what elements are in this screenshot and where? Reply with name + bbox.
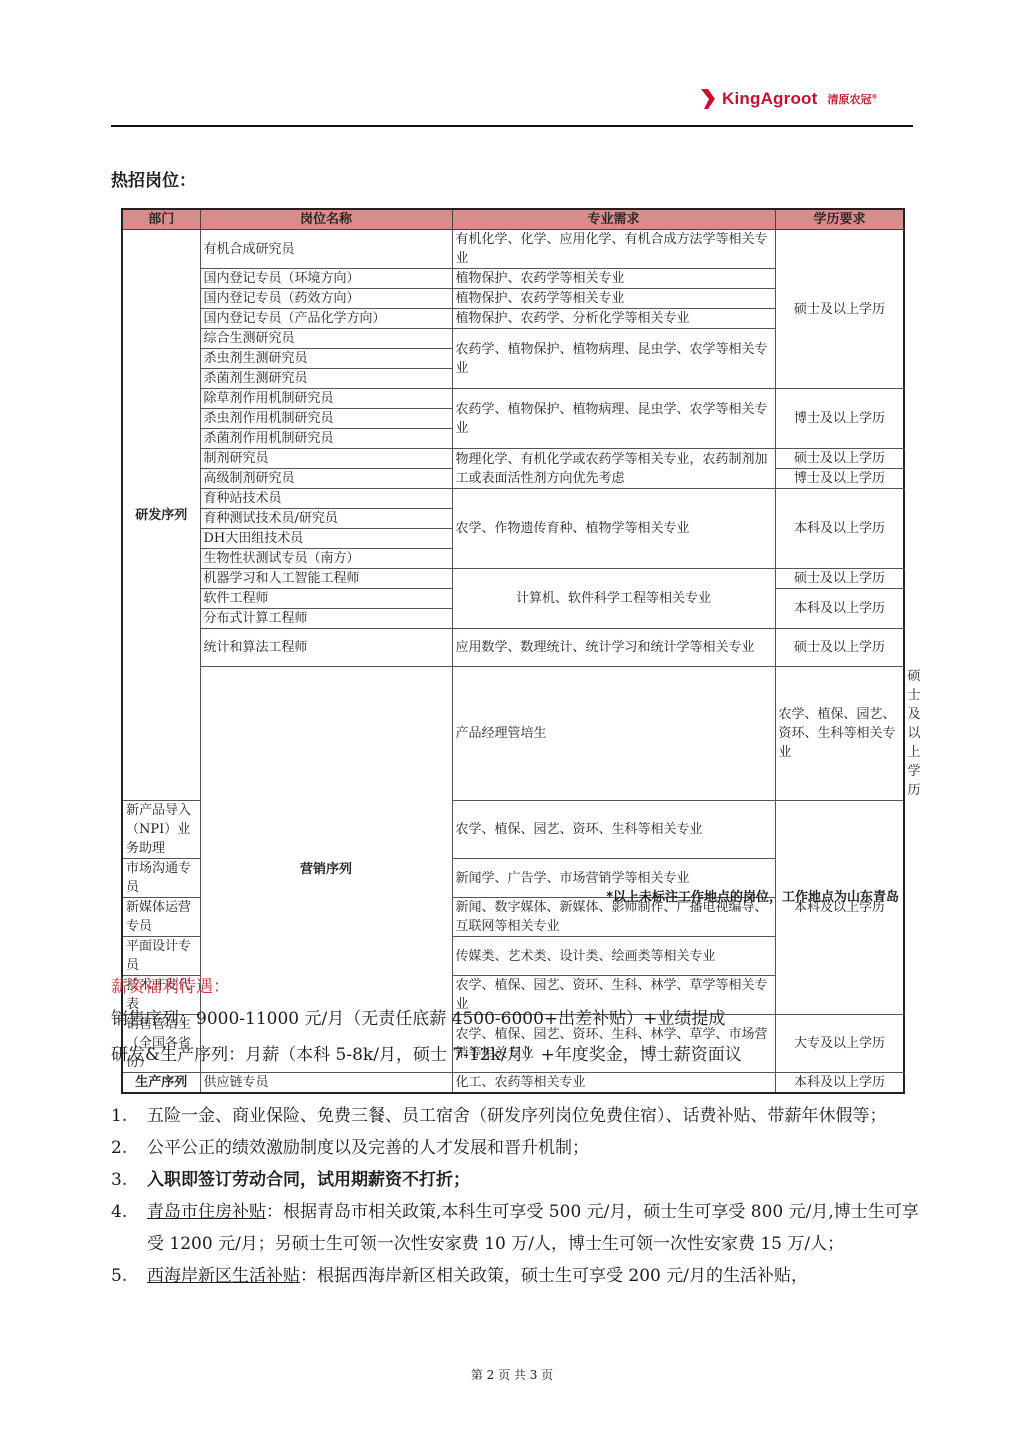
table-row: 营销序列产品经理管培生农学、植保、园艺、资环、生科等相关专业硕士及以上学历: [122, 667, 904, 801]
header-divider: [111, 125, 913, 127]
column-header-title: 岗位名称: [200, 209, 452, 230]
jobs-table-body: 研发序列有机合成研究员有机化学、化学、应用化学、有机合成方法学等相关专业硕士及以…: [122, 230, 904, 1094]
job-title-cell: 新媒体运营专员: [122, 898, 200, 937]
table-footnote: *以上未标注工作地点的岗位，工作地点为山东青岛: [606, 886, 899, 905]
salary-line-sales: 销售序列：9000-11000 元/月（无责任底薪 4500-6000+出差补贴…: [111, 1004, 725, 1029]
column-header-dept: 部门: [122, 209, 200, 230]
table-row: 制剂研究员物理化学、有机化学或农药学等相关专业，农药制剂加工或表面活性剂方向优先…: [122, 449, 904, 469]
dept-cell: 研发序列: [122, 230, 200, 801]
table-header-row: 部门 岗位名称 专业需求 学历要求: [122, 209, 904, 230]
dept-cell: 生产序列: [122, 1073, 200, 1094]
salary-section-title: 薪资福利待遇：: [111, 972, 230, 997]
job-title-cell: 平面设计专员: [122, 937, 200, 976]
job-title-cell: 软件工程师: [200, 589, 452, 609]
table-row: 研发序列有机合成研究员有机化学、化学、应用化学、有机合成方法学等相关专业硕士及以…: [122, 230, 904, 269]
benefit-subsidy-name: 青岛市住房补贴: [147, 1202, 266, 1222]
table-row: 育种站技术员农学、作物遗传育种、植物学等相关专业本科及以上学历: [122, 489, 904, 509]
job-title-cell: 国内登记专员（产品化学方向）: [200, 309, 452, 329]
job-title-cell: 杀菌剂作用机制研究员: [200, 429, 452, 449]
job-title-cell: 分布式计算工程师: [200, 609, 452, 629]
job-title-cell: DH大田组技术员: [200, 529, 452, 549]
benefit-text: 入职即签订劳动合同，试用期薪资不打折；: [147, 1164, 919, 1196]
education-cell: 硕士及以上学历: [775, 230, 904, 389]
major-cell: 计算机、软件科学工程等相关专业: [452, 569, 775, 629]
benefit-text: 西海岸新区生活补贴：根据西海岸新区相关政策，硕士生可享受 200 元/月的生活补…: [147, 1260, 919, 1292]
benefit-number: 4.: [111, 1196, 147, 1260]
benefit-number: 2.: [111, 1132, 147, 1164]
major-cell: 有机化学、化学、应用化学、有机合成方法学等相关专业: [452, 230, 775, 269]
column-header-edu: 学历要求: [775, 209, 904, 230]
major-cell: 农学、作物遗传育种、植物学等相关专业: [452, 489, 775, 569]
table-row: 生产序列供应链专员化工、农药等相关专业本科及以上学历: [122, 1073, 904, 1094]
major-cell: 植物保护、农药学等相关专业: [452, 289, 775, 309]
benefit-number: 1.: [111, 1100, 147, 1132]
job-title-cell: 市场沟通专员: [122, 859, 200, 898]
major-cell: 农学、植保、园艺、资环、生科等相关专业: [452, 801, 775, 859]
education-cell: 博士及以上学历: [775, 469, 904, 489]
education-cell: 博士及以上学历: [775, 389, 904, 449]
major-cell: 物理化学、有机化学或农药学等相关专业，农药制剂加工或表面活性剂方向优先考虑: [452, 449, 775, 489]
job-title-cell: 制剂研究员: [200, 449, 452, 469]
job-title-cell: 生物性状测试专员（南方）: [200, 549, 452, 569]
section-title-hot-jobs: 热招岗位：: [111, 166, 196, 191]
table-row: 机器学习和人工智能工程师计算机、软件科学工程等相关专业硕士及以上学历: [122, 569, 904, 589]
salary-line-rd: 研发&生产序列：月薪（本科 5-8k/月，硕士 7-12k/月）+年度奖金，博士…: [111, 1040, 742, 1065]
education-cell: 硕士及以上学历: [775, 449, 904, 469]
job-title-cell: 国内登记专员（药效方向）: [200, 289, 452, 309]
benefit-text: 公平公正的绩效激励制度以及完善的人才发展和晋升机制；: [147, 1132, 919, 1164]
major-cell: 农学、植保、园艺、资环、生科等相关专业: [775, 667, 904, 801]
benefit-description: 公平公正的绩效激励制度以及完善的人才发展和晋升机制；: [147, 1138, 589, 1158]
education-cell: 本科及以上学历: [775, 1073, 904, 1094]
benefit-number: 5.: [111, 1260, 147, 1292]
job-title-cell: 育种测试技术员/研究员: [200, 509, 452, 529]
table-row: 除草剂作用机制研究员农药学、植物保护、植物病理、昆虫学、农学等相关专业博士及以上…: [122, 389, 904, 409]
job-title-cell: 杀虫剂作用机制研究员: [200, 409, 452, 429]
job-title-cell: 育种站技术员: [200, 489, 452, 509]
job-title-cell: 综合生测研究员: [200, 329, 452, 349]
benefit-item: 3.入职即签订劳动合同，试用期薪资不打折；: [111, 1164, 919, 1196]
benefits-list: 1.五险一金、商业保险、免费三餐、员工宿舍（研发序列岗位免费住宿）、话费补贴、带…: [111, 1100, 919, 1292]
education-cell: 本科及以上学历: [775, 489, 904, 569]
page-number: 第 2 页 共 3 页: [0, 1366, 1024, 1383]
job-title-cell: 国内登记专员（环境方向）: [200, 269, 452, 289]
benefit-item: 5.西海岸新区生活补贴：根据西海岸新区相关政策，硕士生可享受 200 元/月的生…: [111, 1260, 919, 1292]
job-title-cell: 产品经理管培生: [452, 667, 775, 801]
education-cell: 本科及以上学历: [775, 801, 904, 1015]
benefit-text: 青岛市住房补贴：根据青岛市相关政策,本科生可享受 500 元/月，硕士生可享受 …: [147, 1196, 919, 1260]
benefit-item: 2.公平公正的绩效激励制度以及完善的人才发展和晋升机制；: [111, 1132, 919, 1164]
benefit-number: 3.: [111, 1164, 147, 1196]
job-title-cell: 除草剂作用机制研究员: [200, 389, 452, 409]
major-cell: 农药学、植物保护、植物病理、昆虫学、农学等相关专业: [452, 389, 775, 449]
education-cell: 大专及以上学历: [775, 1015, 904, 1073]
education-cell: 硕士及以上学历: [775, 629, 904, 667]
benefit-description: ：根据西海岸新区相关政策，硕士生可享受 200 元/月的生活补贴，: [300, 1266, 808, 1286]
job-title-cell: 高级制剂研究员: [200, 469, 452, 489]
major-cell: 应用数学、数理统计、统计学习和统计学等相关专业: [452, 629, 775, 667]
table-row: 统计和算法工程师应用数学、数理统计、统计学习和统计学等相关专业硕士及以上学历: [122, 629, 904, 667]
job-title-cell: 机器学习和人工智能工程师: [200, 569, 452, 589]
job-title-cell: 供应链专员: [200, 1073, 452, 1094]
major-cell: 农药学、植物保护、植物病理、昆虫学、农学等相关专业: [452, 329, 775, 389]
benefit-text: 五险一金、商业保险、免费三餐、员工宿舍（研发序列岗位免费住宿）、话费补贴、带薪年…: [147, 1100, 919, 1132]
education-cell: 本科及以上学历: [775, 589, 904, 629]
company-logo: KingAgroot 清原农冠®: [700, 86, 877, 112]
major-cell: 化工、农药等相关专业: [452, 1073, 775, 1094]
major-cell: 植物保护、农药学等相关专业: [452, 269, 775, 289]
logo-text: KingAgroot: [722, 89, 817, 109]
job-title-cell: 有机合成研究员: [200, 230, 452, 269]
education-cell: 硕士及以上学历: [775, 569, 904, 589]
job-title-cell: 统计和算法工程师: [200, 629, 452, 667]
jobs-table: 部门 岗位名称 专业需求 学历要求 研发序列有机合成研究员有机化学、化学、应用化…: [121, 208, 905, 1094]
logo-chevron-icon: [700, 88, 716, 110]
column-header-major: 专业需求: [452, 209, 775, 230]
job-title-cell: 新产品导入（NPI）业务助理: [122, 801, 200, 859]
job-title-cell: 杀菌剂生测研究员: [200, 369, 452, 389]
benefit-item: 4.青岛市住房补贴：根据青岛市相关政策,本科生可享受 500 元/月，硕士生可享…: [111, 1196, 919, 1260]
benefit-item: 1.五险一金、商业保险、免费三餐、员工宿舍（研发序列岗位免费住宿）、话费补贴、带…: [111, 1100, 919, 1132]
major-cell: 传媒类、艺术类、设计类、绘画类等相关专业: [452, 937, 775, 976]
benefit-description: 五险一金、商业保险、免费三餐、员工宿舍（研发序列岗位免费住宿）、话费补贴、带薪年…: [147, 1106, 887, 1126]
benefit-description: 入职即签订劳动合同，试用期薪资不打折；: [147, 1170, 470, 1190]
logo-cn-text: 清原农冠®: [827, 91, 877, 107]
job-title-cell: 杀虫剂生测研究员: [200, 349, 452, 369]
major-cell: 植物保护、农药学、分析化学等相关专业: [452, 309, 775, 329]
benefit-subsidy-name: 西海岸新区生活补贴: [147, 1266, 300, 1286]
